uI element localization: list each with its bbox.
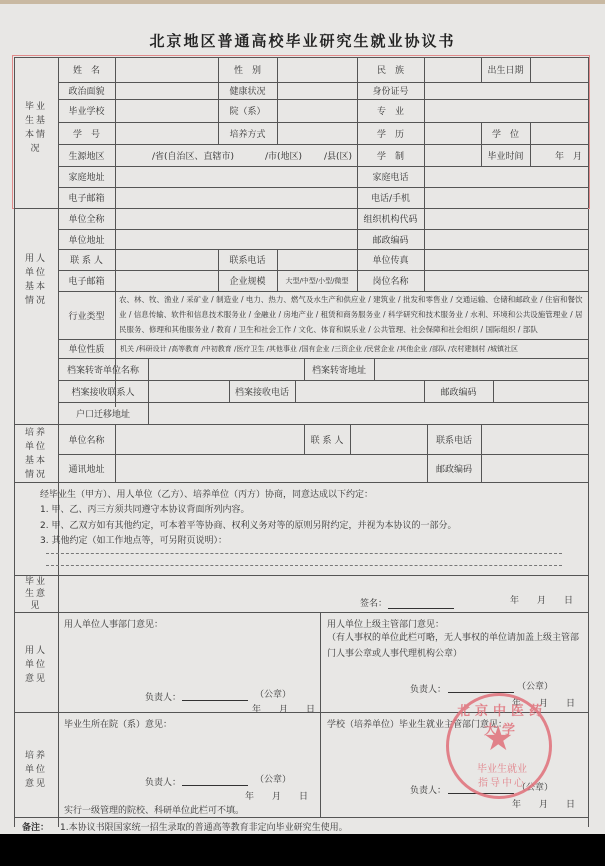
agreement-intro: 经毕业生（甲方）、用人单位（乙方）、培养单位（丙方）协商，同意达成以下约定： — [40, 487, 373, 500]
political-status-field[interactable] — [115, 82, 218, 99]
label-gender: 性 别 — [218, 57, 277, 82]
employer-contact-phone-field[interactable] — [277, 249, 357, 270]
label-email: 电子邮箱 — [58, 187, 115, 208]
label-id-number: 身份证号 — [357, 82, 424, 99]
label-name: 姓 名 — [58, 57, 115, 82]
hr-responsible-label: 负责人： — [145, 690, 181, 703]
label-archive-unit: 档案转寄单位名称 — [58, 358, 148, 380]
graduate-signature-label: 签名： — [360, 596, 387, 609]
employer-opinion-label: 用人单位意见 — [14, 640, 58, 690]
paper-edge — [0, 0, 605, 4]
fax-field[interactable] — [424, 249, 588, 270]
label-training-mode: 培养方式 — [218, 122, 277, 144]
ethnicity-field[interactable] — [424, 57, 481, 82]
label-employer-contact: 联 系 人 — [58, 249, 115, 270]
student-id-field[interactable] — [115, 122, 218, 144]
nature-options[interactable]: 机关 /科研设计 /高等教育 /中初教育 /医疗卫生 /其他事业 /国有企业 /… — [115, 339, 588, 358]
star-icon: ★ — [483, 722, 513, 756]
training-opinion-label: 培养单位意见 — [14, 745, 58, 795]
origin-city-label: /市(地区) — [265, 149, 302, 162]
department-field[interactable] — [277, 99, 357, 122]
superior-opinion-title: 用人单位上级主管部门意见： — [327, 617, 444, 630]
agreement-item-2: 2. 甲、乙双方如有其他约定，可本着平等协商、权利义务对等的原则另附约定，并视为… — [40, 518, 456, 531]
employer-name-field[interactable] — [115, 208, 357, 229]
school-date: 年 月 日 — [512, 797, 575, 810]
employer-contact-field[interactable] — [115, 249, 218, 270]
document-title: 北京地区普通高校毕业研究生就业协议书 — [0, 30, 605, 51]
label-employer-address: 单位地址 — [58, 229, 115, 249]
label-hukou-address: 户口迁移地址 — [58, 402, 148, 424]
label-fax: 单位传真 — [357, 249, 424, 270]
archive-phone-field[interactable] — [295, 380, 424, 402]
employer-address-field[interactable] — [115, 229, 357, 249]
hr-seal: （公章） — [255, 687, 291, 700]
label-home-address: 家庭地址 — [58, 166, 115, 187]
archive-postcode-field[interactable] — [493, 380, 588, 402]
label-department: 院（系） — [218, 99, 277, 122]
id-number-field[interactable] — [424, 82, 588, 99]
superior-responsible-label: 负责人： — [410, 682, 446, 695]
archive-unit-field[interactable] — [148, 358, 304, 380]
training-section-label: 培养单位基本情况 — [14, 426, 58, 482]
school-responsible-label: 负责人： — [410, 783, 446, 796]
school-field[interactable] — [115, 99, 218, 122]
label-training-unit-name: 单位名称 — [58, 424, 115, 454]
label-health: 健康状况 — [218, 82, 277, 99]
dept-responsible-field[interactable] — [182, 775, 248, 786]
stamp-line-2: 指导中心 — [463, 774, 541, 789]
dept-seal: （公章） — [255, 772, 291, 785]
graduate-opinion-label: 毕业生意见 — [14, 575, 58, 612]
label-phone: 电话/手机 — [357, 187, 424, 208]
name-field[interactable] — [115, 57, 218, 82]
label-archive-phone: 档案接收电话 — [229, 380, 295, 402]
origin-province-label: /省(自治区、直辖市) — [152, 149, 234, 162]
other-terms-line-2[interactable] — [46, 565, 562, 566]
email-field[interactable] — [115, 187, 357, 208]
home-phone-field[interactable] — [424, 166, 588, 187]
superior-opinion-note: （有人事权的单位此栏可略，无人事权的单位请加盖上级主管部门人事公章或人事代理机构… — [327, 630, 583, 662]
label-scale: 企业规模 — [218, 270, 277, 291]
training-mode-field[interactable] — [277, 122, 357, 144]
label-ethnicity: 民 族 — [357, 57, 424, 82]
label-student-id: 学 号 — [58, 122, 115, 144]
superior-seal: （公章） — [517, 679, 553, 692]
superior-responsible-field[interactable] — [448, 682, 514, 693]
label-industry: 行业类型 — [58, 291, 115, 339]
label-degree: 学 位 — [481, 122, 530, 144]
dept-opinion-note: 实行一级管理的院校、科研单位此栏可不填。 — [64, 803, 244, 816]
home-address-field[interactable] — [115, 166, 357, 187]
employer-postcode-field[interactable] — [424, 229, 588, 249]
training-unit-name-field[interactable] — [115, 424, 304, 454]
label-grad-time: 毕业时间 — [481, 144, 530, 166]
training-postcode-field[interactable] — [481, 454, 588, 482]
agreement-document: 北京地区普通高校毕业研究生就业协议书 毕业生基本情况 姓 名 性 别 民 族 出… — [0, 0, 605, 834]
degree-field[interactable] — [530, 122, 588, 144]
label-training-address: 通讯地址 — [58, 454, 115, 482]
gender-field[interactable] — [277, 57, 357, 82]
label-nature: 单位性质 — [58, 339, 115, 358]
label-position: 岗位名称 — [357, 270, 424, 291]
industry-options[interactable]: 农、林、牧、渔业 / 采矿业 / 制造业 / 电力、热力、燃气及水生产和供应业 … — [119, 292, 585, 337]
label-employer-email: 电子邮箱 — [58, 270, 115, 291]
dept-date: 年 月 日 — [245, 789, 308, 802]
label-org-code: 组织机构代码 — [357, 208, 424, 229]
label-training-postcode: 邮政编码 — [427, 454, 481, 482]
other-terms-line-1[interactable] — [46, 553, 562, 554]
label-origin: 生源地区 — [58, 144, 115, 166]
label-archive-postcode: 邮政编码 — [424, 380, 493, 402]
label-training-contact-phone: 联系电话 — [427, 424, 481, 454]
scale-options[interactable]: 大型/中型/小型/微型 — [277, 270, 357, 291]
dept-opinion-title: 毕业生所在院（系）意见： — [64, 717, 172, 730]
official-seal-stamp: 北京中医药大学 ★ 毕业生就业 指导中心 — [446, 693, 552, 799]
birth-date-field[interactable] — [530, 57, 588, 82]
education-field[interactable] — [424, 122, 481, 144]
label-education: 学 历 — [357, 122, 424, 144]
employer-section-label: 用人单位基本情况 — [14, 250, 58, 310]
training-contact-phone-field[interactable] — [481, 424, 588, 454]
agreement-item-3: 3. 其他约定（如工作地点等，可另附页说明）： — [40, 533, 227, 546]
graduate-section-label: 毕业生基本情况 — [14, 100, 58, 156]
hr-date: 年 月 日 — [252, 702, 315, 715]
label-birth-date: 出生日期 — [481, 57, 530, 82]
remarks-item-2: 2.甲、乙双方签署意见后，应在一个月内交培养方签署意见，逾期所产生的后果由责任方… — [60, 832, 438, 834]
label-home-phone: 家庭电话 — [357, 166, 424, 187]
phone-field[interactable] — [424, 187, 588, 208]
hr-opinion-title: 用人单位人事部门意见： — [64, 617, 163, 630]
label-archive-address: 档案转寄地址 — [304, 358, 374, 380]
length-field[interactable] — [424, 144, 481, 166]
hukou-address-field[interactable] — [148, 402, 588, 424]
label-archive-contact: 档案接收联系人 — [58, 380, 148, 402]
label-employer-postcode: 邮政编码 — [357, 229, 424, 249]
hr-responsible-field[interactable] — [182, 690, 248, 701]
graduate-opinion-date: 年 月 日 — [510, 593, 573, 606]
label-political-status: 政治面貌 — [58, 82, 115, 99]
label-employer-name: 单位全称 — [58, 208, 115, 229]
remarks-label: 备注： — [22, 820, 49, 833]
origin-county-label: /县(区) — [324, 149, 352, 162]
label-training-contact: 联 系 人 — [304, 424, 350, 454]
stamp-line-1: 毕业生就业 — [463, 760, 541, 775]
label-major: 专 业 — [357, 99, 424, 122]
health-field[interactable] — [277, 82, 357, 99]
label-school: 毕业学校 — [58, 99, 115, 122]
graduate-signature-field[interactable] — [388, 598, 454, 609]
training-contact-field[interactable] — [350, 424, 427, 454]
label-employer-contact-phone: 联系电话 — [218, 249, 277, 270]
grad-time-field[interactable]: 年 月 — [530, 144, 588, 166]
label-length: 学 制 — [357, 144, 424, 166]
position-field[interactable] — [424, 270, 588, 291]
major-field[interactable] — [424, 99, 588, 122]
org-code-field[interactable] — [424, 208, 588, 229]
archive-address-field[interactable] — [374, 358, 588, 380]
dept-responsible-label: 负责人： — [145, 775, 181, 788]
training-address-field[interactable] — [115, 454, 427, 482]
agreement-item-1: 1. 甲、乙、丙三方须共同遵守本协议背面所列内容。 — [40, 502, 249, 515]
employer-email-field[interactable] — [115, 270, 218, 291]
archive-contact-field[interactable] — [148, 380, 229, 402]
